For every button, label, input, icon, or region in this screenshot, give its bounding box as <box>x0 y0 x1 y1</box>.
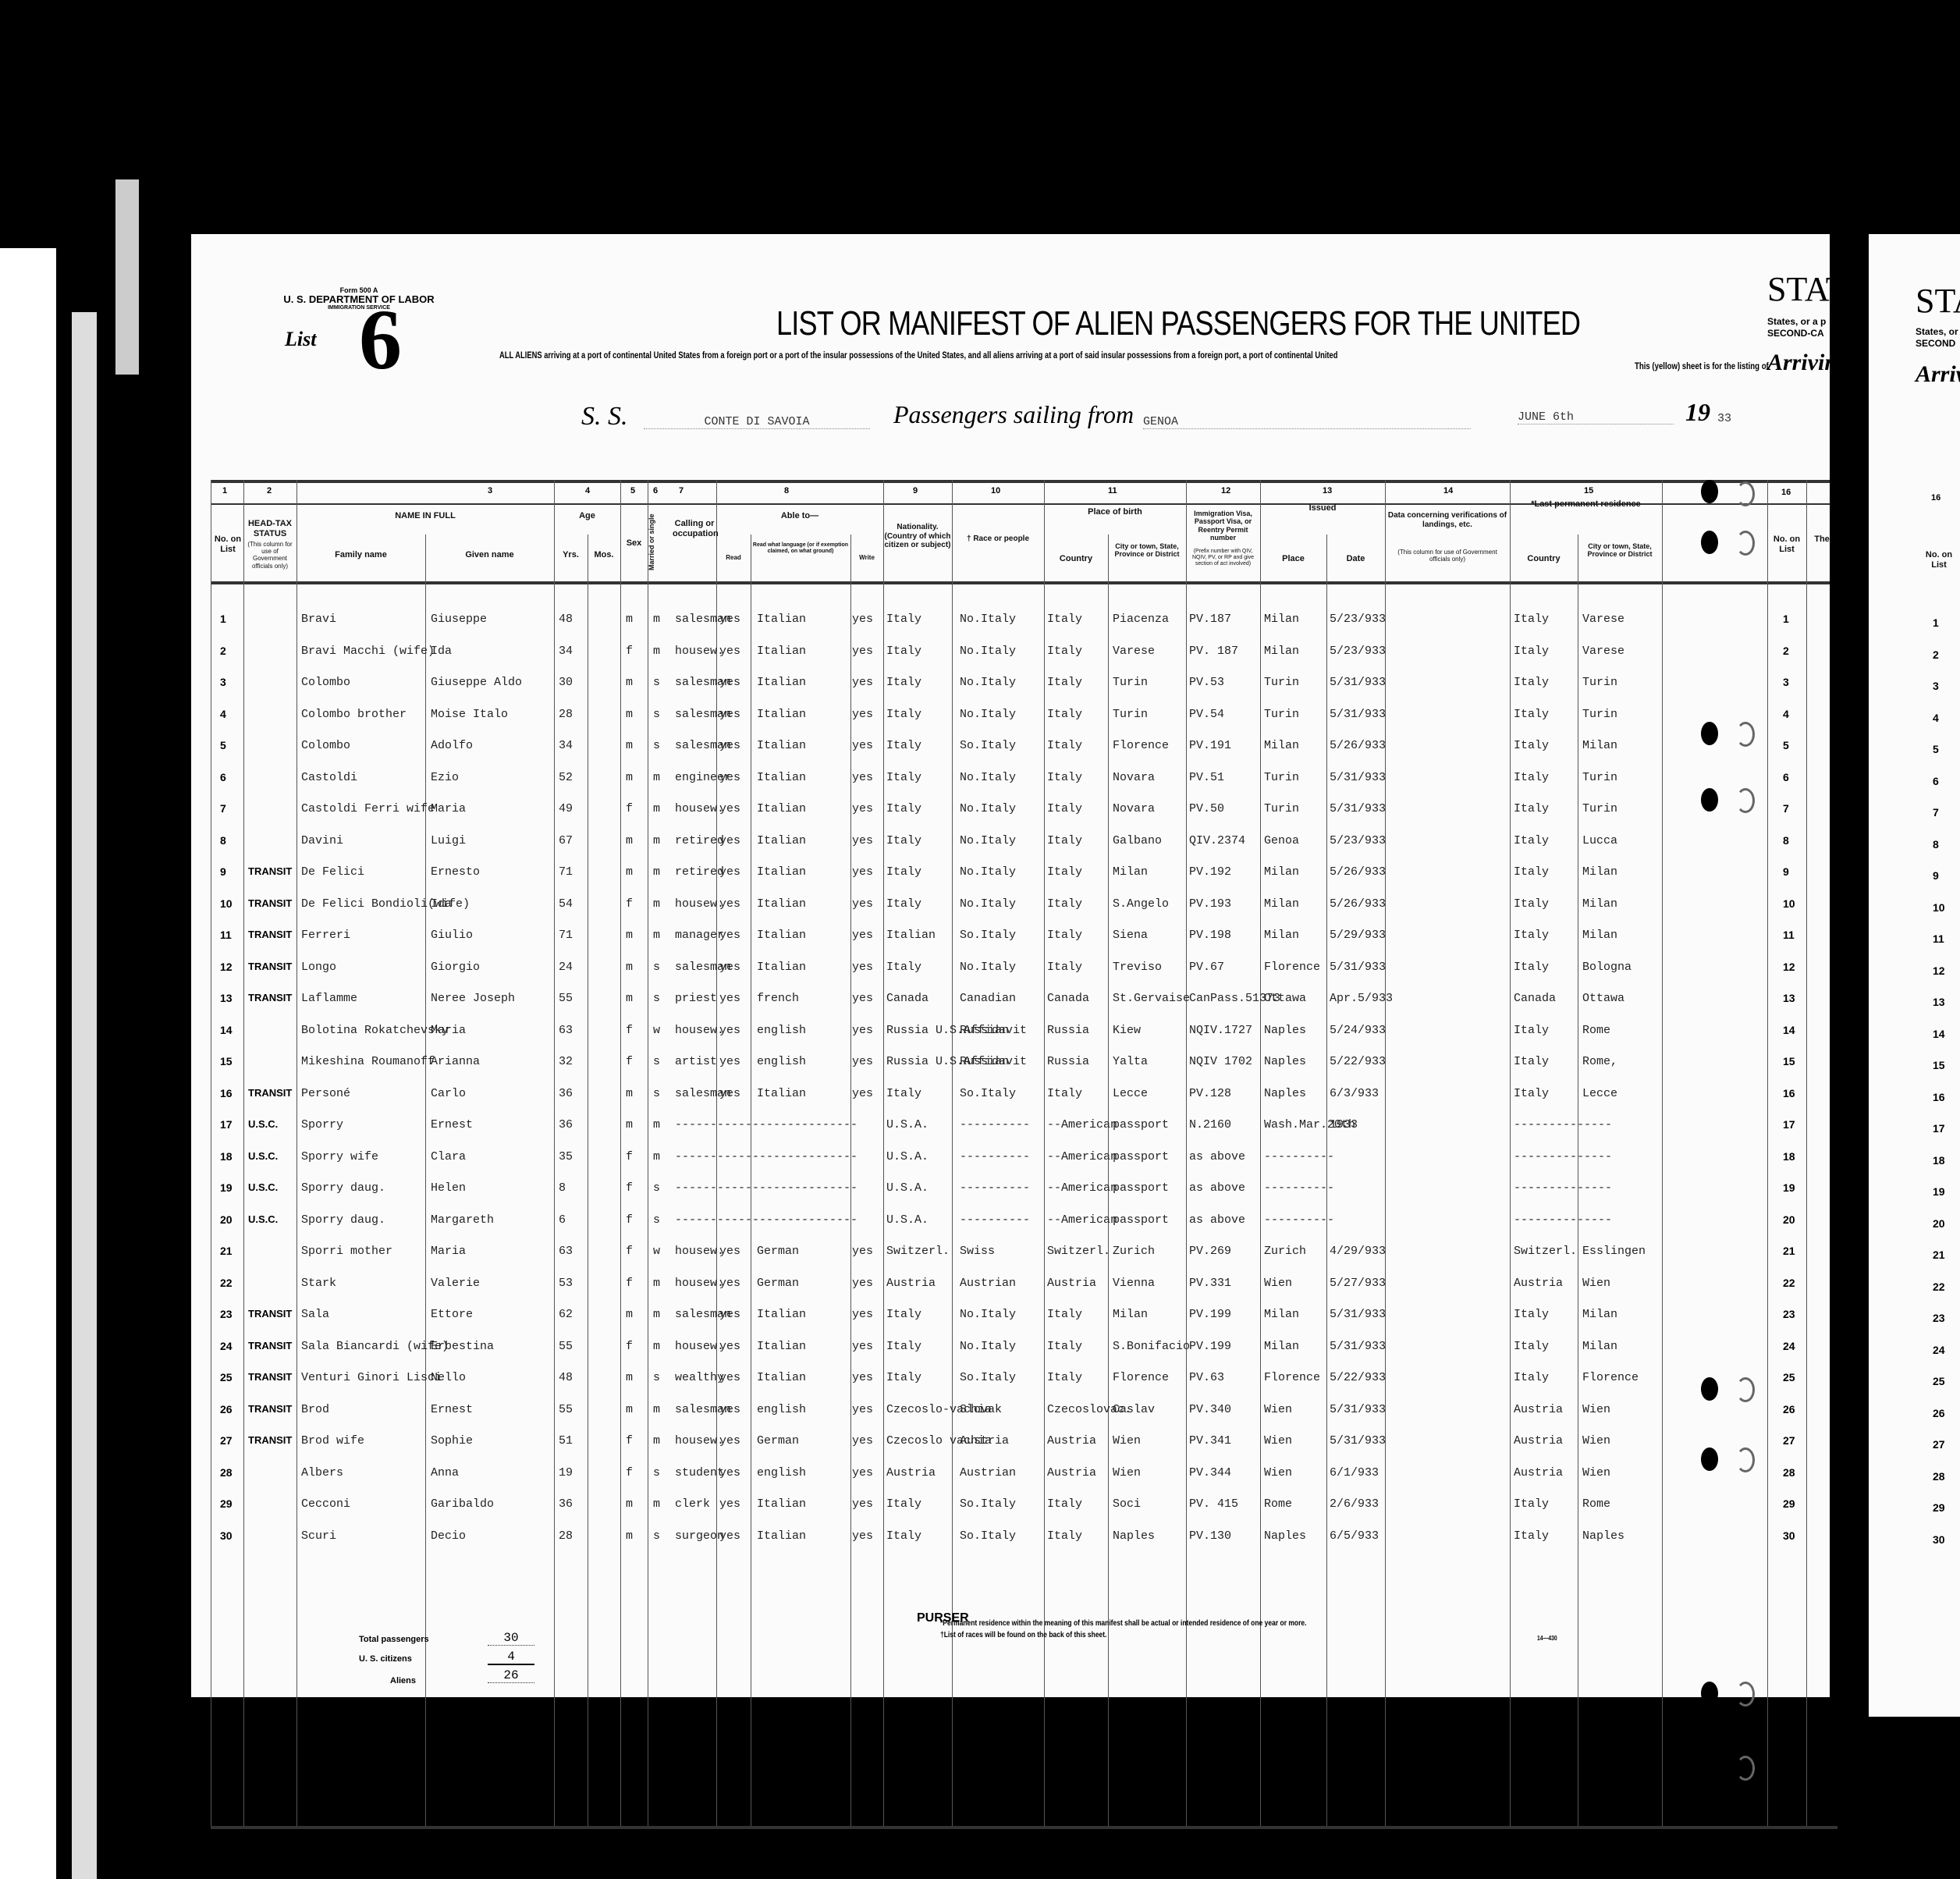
residence-city: Milan <box>1582 739 1617 752</box>
row-number: 23 <box>220 1308 233 1320</box>
birth-country: Russia <box>1047 1024 1089 1037</box>
table-row: 3ColomboGiuseppe Aldo30mssalesmanyesItal… <box>211 668 1631 699</box>
residence-country: -------------- <box>1514 1118 1612 1131</box>
issued-place: Wien <box>1264 1466 1292 1479</box>
film-binding-strip <box>1830 218 1869 1748</box>
birth-city: passport <box>1113 1150 1169 1163</box>
next-sheet-no-on-list: No. on List <box>1923 550 1955 570</box>
birth-country: --American <box>1047 1118 1117 1131</box>
header-birth-country: Country <box>1044 554 1108 564</box>
family-name: Venturi Ginori Lisci <box>301 1371 442 1384</box>
column-number-16: 16 <box>1781 488 1791 497</box>
header-calling: Calling or occupation <box>673 519 716 538</box>
occupation: housew. <box>675 1277 724 1290</box>
issued-date: 5/24/933 <box>1330 1024 1386 1037</box>
continuation-row-number: 19 <box>1783 1181 1795 1194</box>
punch-hole <box>1701 1682 1718 1705</box>
header-married-or-single: Married or single <box>648 511 671 574</box>
column-number: 6 <box>653 486 658 496</box>
visa-number: as above <box>1189 1181 1245 1195</box>
visa-number: PV.269 <box>1189 1245 1231 1258</box>
birth-country: Italy <box>1047 676 1082 689</box>
family-name: Bolotina Rokatchevsky <box>301 1024 449 1037</box>
issued-date: 2/6/933 <box>1330 1497 1379 1511</box>
punch-hole <box>1736 1682 1755 1707</box>
read-language: english <box>757 1403 806 1416</box>
residence-country: -------------- <box>1514 1150 1612 1163</box>
next-sheet-row-number: 13 <box>1933 996 1945 1008</box>
issued-place: ---------- <box>1264 1213 1334 1227</box>
sex: f <box>626 1434 633 1447</box>
footnote-races: †List of races will be found on the back… <box>940 1631 1106 1639</box>
next-sheet-row-number: 7 <box>1933 806 1939 819</box>
sex: m <box>626 771 633 784</box>
continuation-row-number: 12 <box>1783 961 1795 973</box>
next-sheet-row-number: 20 <box>1933 1217 1945 1230</box>
table-row: 8DaviniLuigi67mmretiredyesItalianyesItal… <box>211 826 1631 858</box>
can-read: yes <box>719 771 740 784</box>
table-row: 10TRANSITDe Felici Bondioli(wife)Ida54fm… <box>211 890 1631 921</box>
can-read: yes <box>719 992 740 1005</box>
visa-number: PV.50 <box>1189 802 1224 815</box>
marital-status: s <box>653 739 660 752</box>
age-years: 28 <box>559 1529 573 1543</box>
can-write: yes <box>852 1245 873 1258</box>
given-name: Ettore <box>431 1308 473 1321</box>
row-number: 18 <box>220 1150 233 1163</box>
issued-place: Milan <box>1264 929 1299 942</box>
age-years: 8 <box>559 1181 566 1195</box>
residence-country: Canada <box>1514 992 1556 1005</box>
marital-status: m <box>653 1497 660 1511</box>
age-years: 52 <box>559 771 573 784</box>
birth-country: Austria <box>1047 1277 1096 1290</box>
issued-date: 6/1/933 <box>1330 1466 1379 1479</box>
marital-status: s <box>653 1087 660 1100</box>
issued-place: Milan <box>1264 645 1299 658</box>
punch-hole <box>1736 1377 1755 1402</box>
aliens-label: Aliens <box>390 1676 416 1685</box>
next-sheet-row-number: 6 <box>1933 775 1939 787</box>
family-name: Sala <box>301 1308 329 1321</box>
read-language: Italian <box>757 929 806 942</box>
birth-city: Florence <box>1113 739 1169 752</box>
table-row: 5ColomboAdolfo34mssalesmanyesItalianyesI… <box>211 731 1631 762</box>
age-years: 48 <box>559 613 573 626</box>
issued-date: 5/23/933 <box>1330 613 1386 626</box>
can-write: yes <box>852 1308 873 1321</box>
birth-country: --American <box>1047 1181 1117 1195</box>
occupation: housew. <box>675 1340 724 1353</box>
birth-city: Turin <box>1113 708 1148 721</box>
column-number: 2 <box>267 486 272 496</box>
family-name: Longo <box>301 961 336 974</box>
next-sheet-row-number: 2 <box>1933 648 1939 661</box>
residence-country: Italy <box>1514 1497 1549 1511</box>
family-name: Scuri <box>301 1529 336 1543</box>
birth-city: Caslav <box>1113 1403 1155 1416</box>
can-write: yes <box>852 1434 873 1447</box>
family-name: Colombo <box>301 739 350 752</box>
age-years: 32 <box>559 1055 573 1068</box>
next-sheet-row-number: 23 <box>1933 1312 1945 1324</box>
footnote-residence: *Permanent residence within the meaning … <box>940 1619 1307 1628</box>
birth-city: Wien <box>1113 1434 1141 1447</box>
sex: m <box>626 865 633 879</box>
continuation-arriving: Arrivin <box>1767 350 1838 376</box>
age-years: 36 <box>559 1087 573 1100</box>
continuation-row-number: 22 <box>1783 1277 1795 1289</box>
visa-number: PV.128 <box>1189 1087 1231 1100</box>
age-years: 24 <box>559 961 573 974</box>
family-name: Bravi <box>301 613 336 626</box>
nationality: Italy <box>886 865 921 879</box>
table-row: 17U.S.C.SporryErnest36mm----------------… <box>211 1110 1631 1142</box>
read-language: Italian <box>757 708 806 721</box>
issued-date: 5/31/933 <box>1330 1403 1386 1416</box>
sex: m <box>626 834 633 847</box>
issued-date: 5/31/933 <box>1330 802 1386 815</box>
next-sheet-row-number: 18 <box>1933 1154 1945 1167</box>
nationality: U.S.A. <box>886 1118 929 1131</box>
nationality: Italy <box>886 1529 921 1543</box>
visa-number: PV.199 <box>1189 1308 1231 1321</box>
read-language: english <box>757 1466 806 1479</box>
birth-city: Turin <box>1113 676 1148 689</box>
race-or-people: No.Italy <box>960 613 1016 626</box>
visa-number: PV.53 <box>1189 676 1224 689</box>
nationality: U.S.A. <box>886 1213 929 1227</box>
nationality: Italy <box>886 645 921 658</box>
sex: f <box>626 1245 633 1258</box>
race-or-people: So.Italy <box>960 739 1016 752</box>
continuation-row-number: 6 <box>1783 771 1789 783</box>
next-sheet-title: STA <box>1916 281 1960 321</box>
visa-number: PV. 415 <box>1189 1497 1238 1511</box>
birth-country: Italy <box>1047 1308 1082 1321</box>
year-suffix: 33 <box>1717 412 1731 425</box>
family-name: Brod wife <box>301 1434 364 1447</box>
age-years: 51 <box>559 1434 573 1447</box>
issued-place: Milan <box>1264 613 1299 626</box>
occupation: -------------------------- <box>675 1213 857 1227</box>
can-write: yes <box>852 1087 873 1100</box>
issued-date: 4/29/933 <box>1330 1245 1386 1258</box>
sailing-date: JUNE 6th <box>1518 410 1674 424</box>
row-number: 14 <box>220 1024 233 1036</box>
visa-number: NQIV 1702 <box>1189 1055 1252 1068</box>
can-write: yes <box>852 1497 873 1511</box>
residence-city: Wien <box>1582 1277 1610 1290</box>
header-write: Write <box>850 554 883 561</box>
issued-place: Genoa <box>1264 834 1299 847</box>
visa-number: PV.199 <box>1189 1340 1231 1353</box>
can-read: yes <box>719 1466 740 1479</box>
continuation-row-number: 18 <box>1783 1150 1795 1163</box>
birth-country: Italy <box>1047 802 1082 815</box>
head-tax-status: U.S.C. <box>248 1181 278 1193</box>
issued-date: 6/5/933 <box>1330 1529 1379 1543</box>
head-tax-status: TRANSIT <box>248 865 292 877</box>
occupation: artist <box>675 1055 717 1068</box>
given-name: Maria <box>431 802 466 815</box>
continuation-row-number: 20 <box>1783 1213 1795 1226</box>
sex: f <box>626 1213 633 1227</box>
issued-date: 5/26/933 <box>1330 739 1386 752</box>
age-years: 54 <box>559 897 573 911</box>
birth-country: Italy <box>1047 865 1082 879</box>
residence-city: Turin <box>1582 802 1617 815</box>
race-or-people: No.Italy <box>960 676 1016 689</box>
race-or-people: Austria <box>960 1434 1009 1447</box>
header-verification: Data concerning verifications of landing… <box>1385 511 1510 529</box>
can-write: yes <box>852 676 873 689</box>
next-sheet-row-number: 19 <box>1933 1185 1945 1198</box>
nationality: Italy <box>886 961 921 974</box>
marital-status: s <box>653 1213 660 1227</box>
next-sheet-row-number: 8 <box>1933 838 1939 851</box>
list-number: 6 <box>359 297 402 382</box>
occupation: -------------------------- <box>675 1181 857 1195</box>
birth-city: Wien <box>1113 1466 1141 1479</box>
read-language: Italian <box>757 1087 806 1100</box>
race-or-people: No.Italy <box>960 961 1016 974</box>
next-sheet-arriving: Arriv <box>1916 361 1960 388</box>
read-language: english <box>757 1055 806 1068</box>
issued-place: Milan <box>1264 739 1299 752</box>
birth-country: Italy <box>1047 897 1082 911</box>
read-language: Italian <box>757 613 806 626</box>
sex: f <box>626 645 633 658</box>
age-years: 34 <box>559 739 573 752</box>
can-read: yes <box>719 1340 740 1353</box>
header-issued: Issued <box>1260 503 1385 513</box>
next-sheet-row-number: 10 <box>1933 901 1945 914</box>
marital-status: s <box>653 708 660 721</box>
issued-date: 5/31/933 <box>1330 1340 1386 1353</box>
family-name: Davini <box>301 834 343 847</box>
marital-status: m <box>653 613 660 626</box>
birth-country: Italy <box>1047 1340 1082 1353</box>
head-tax-status: U.S.C. <box>248 1118 278 1130</box>
head-tax-status: U.S.C. <box>248 1213 278 1225</box>
visa-number: PV.187 <box>1189 613 1231 626</box>
family-name: Colombo brother <box>301 708 407 721</box>
age-years: 34 <box>559 645 573 658</box>
marital-status: s <box>653 992 660 1005</box>
age-years: 36 <box>559 1118 573 1131</box>
age-years: 28 <box>559 708 573 721</box>
can-write: yes <box>852 645 873 658</box>
age-years: 49 <box>559 802 573 815</box>
age-years: 53 <box>559 1277 573 1290</box>
sex: m <box>626 1087 633 1100</box>
head-tax-status: TRANSIT <box>248 1308 292 1320</box>
table-row: 27TRANSITBrod wifeSophie51fmhousew.yesGe… <box>211 1426 1631 1458</box>
next-sheet-row-number: 14 <box>1933 1028 1945 1040</box>
continuation-row-number: 16 <box>1783 1087 1795 1099</box>
family-name: Sporry <box>301 1118 343 1131</box>
given-name: Maria <box>431 1245 466 1258</box>
punch-hole <box>1701 788 1718 812</box>
residence-country: -------------- <box>1514 1213 1612 1227</box>
sex: f <box>626 1466 633 1479</box>
nationality: Italy <box>886 1087 921 1100</box>
marital-status: m <box>653 897 660 911</box>
issued-place: ---------- <box>1264 1150 1334 1163</box>
read-language: Italian <box>757 645 806 658</box>
header-last-residence: *Last permanent residence <box>1510 499 1662 510</box>
issued-place: Turin <box>1264 802 1299 815</box>
read-language: Italian <box>757 897 806 911</box>
column-number: 13 <box>1323 486 1332 496</box>
age-years: 55 <box>559 1403 573 1416</box>
given-name: Nello <box>431 1371 466 1384</box>
visa-number: as above <box>1189 1213 1245 1227</box>
residence-country: Italy <box>1514 676 1549 689</box>
given-name: Anna <box>431 1466 459 1479</box>
col-line <box>1767 480 1768 1826</box>
age-years: 62 <box>559 1308 573 1321</box>
header-no-on-list: No. on List <box>214 535 242 554</box>
birth-city: Yalta <box>1113 1055 1148 1068</box>
table-row: 29CecconiGaribaldo36mmclerkyesItalianyes… <box>211 1490 1631 1521</box>
sex: f <box>626 802 633 815</box>
sex: f <box>626 1024 633 1037</box>
residence-country: Italy <box>1514 739 1549 752</box>
nationality: Austria <box>886 1466 936 1479</box>
birth-city: Treviso <box>1113 961 1162 974</box>
age-years: 63 <box>559 1024 573 1037</box>
read-language: Italian <box>757 771 806 784</box>
header-res-country: Country <box>1510 554 1578 564</box>
birth-city: S.Angelo <box>1113 897 1169 911</box>
age-years: 67 <box>559 834 573 847</box>
race-or-people: ---------- <box>960 1213 1030 1227</box>
header-able-to: Able to— <box>716 511 883 521</box>
residence-country: Italy <box>1514 613 1549 626</box>
visa-number: PV.191 <box>1189 739 1231 752</box>
issued-date: 6/3/933 <box>1330 1087 1379 1100</box>
continuation-row-number: 8 <box>1783 834 1789 847</box>
row-number: 8 <box>220 834 226 847</box>
visa-number: PV.331 <box>1189 1277 1231 1290</box>
row-number: 25 <box>220 1371 233 1383</box>
residence-city: Turin <box>1582 771 1617 784</box>
birth-city: S.Bonifacio <box>1113 1340 1190 1353</box>
birth-country: --American <box>1047 1150 1117 1163</box>
row-number: 17 <box>220 1118 233 1131</box>
can-write: yes <box>852 1277 873 1290</box>
row-number: 9 <box>220 865 226 878</box>
row-number: 7 <box>220 802 226 815</box>
nationality: Italy <box>886 739 921 752</box>
ship-name: CONTE DI SAVOIA <box>644 415 870 429</box>
residence-country: Italy <box>1514 1087 1549 1100</box>
family-name: Sporry wife <box>301 1150 378 1163</box>
can-write: yes <box>852 708 873 721</box>
row-number: 26 <box>220 1403 233 1415</box>
marital-status: m <box>653 802 660 815</box>
next-sheet-row-number: 16 <box>1933 1091 1945 1103</box>
next-sheet-row-number: 5 <box>1933 743 1939 755</box>
family-name: Sporry daug. <box>301 1181 385 1195</box>
col-line <box>1662 480 1663 1826</box>
header-visa-note: (Prefix number with QIV, NQIV, PV, or RP… <box>1186 549 1260 567</box>
residence-country: Austria <box>1514 1277 1563 1290</box>
page-title: LIST OR MANIFEST OF ALIEN PASSENGERS FOR… <box>776 304 1580 343</box>
given-name: Ernesto <box>431 865 480 879</box>
read-language: German <box>757 1434 799 1447</box>
table-row: 28AlbersAnna19fsstudentyesenglishyesAust… <box>211 1458 1631 1490</box>
birth-country: Italy <box>1047 929 1082 942</box>
continuation-row-number: 25 <box>1783 1371 1795 1383</box>
continuation-row-number: 2 <box>1783 645 1789 657</box>
sex: m <box>626 1497 633 1511</box>
given-name: Ernest <box>431 1403 473 1416</box>
birth-city: Naples <box>1113 1529 1155 1543</box>
head-tax-status: TRANSIT <box>248 1371 292 1383</box>
issued-date: 1933 <box>1330 1118 1358 1131</box>
family-name: Laflamme <box>301 992 357 1005</box>
residence-country: Italy <box>1514 929 1549 942</box>
given-name: Moise Italo <box>431 708 508 721</box>
column-number: 15 <box>1584 486 1593 496</box>
can-read: yes <box>719 1308 740 1321</box>
race-or-people: So.Italy <box>960 1529 1016 1543</box>
next-sheet-row-number: 9 <box>1933 869 1939 882</box>
sailing-from-label: Passengers sailing from <box>893 400 1134 429</box>
given-name: Carlo <box>431 1087 466 1100</box>
manifest-sheet: Form 500 A U. S. DEPARTMENT OF LABOR IMM… <box>191 234 1838 1697</box>
can-write: yes <box>852 1529 873 1543</box>
marital-status: m <box>653 1308 660 1321</box>
punch-hole <box>1701 531 1718 554</box>
can-write: yes <box>852 739 873 752</box>
issued-date: 5/31/933 <box>1330 771 1386 784</box>
nationality: Austria <box>886 1277 936 1290</box>
head-tax-status: TRANSIT <box>248 929 292 940</box>
race-or-people: ---------- <box>960 1181 1030 1195</box>
issued-place: Milan <box>1264 1308 1299 1321</box>
race-or-people: No.Italy <box>960 834 1016 847</box>
port-of-departure: GENOA <box>1143 415 1471 429</box>
punch-hole <box>1736 1447 1755 1472</box>
family-name: Cecconi <box>301 1497 350 1511</box>
next-sheet-row-number: 24 <box>1933 1344 1945 1356</box>
race-or-people: So.Italy <box>960 929 1016 942</box>
can-write: yes <box>852 865 873 879</box>
total-passengers-label: Total passengers <box>359 1635 429 1644</box>
residence-city: Esslingen <box>1582 1245 1646 1258</box>
occupation: housew. <box>675 1434 724 1447</box>
table-row: 14Bolotina RokatchevskyMaria63fwhousew.y… <box>211 1016 1631 1047</box>
race-or-people: So.Italy <box>960 1497 1016 1511</box>
occupation: surgeon <box>675 1529 724 1543</box>
issued-date: 5/29/933 <box>1330 929 1386 942</box>
continuation-row-number: 4 <box>1783 708 1789 720</box>
header-bottom-rule <box>211 581 1838 584</box>
header-res-city: City or town, State, Province or Distric… <box>1578 542 1662 559</box>
row-number: 11 <box>220 929 232 941</box>
left-edge-strip-2 <box>115 179 139 375</box>
row-number: 30 <box>220 1529 233 1542</box>
row-number: 29 <box>220 1497 233 1510</box>
issued-place: Turin <box>1264 676 1299 689</box>
header-head-tax-note: (This column for use of Government offic… <box>246 541 294 570</box>
residence-city: Turin <box>1582 708 1617 721</box>
table-row: 15Mikeshina RoumanoffArianna32fsartistye… <box>211 1047 1631 1078</box>
